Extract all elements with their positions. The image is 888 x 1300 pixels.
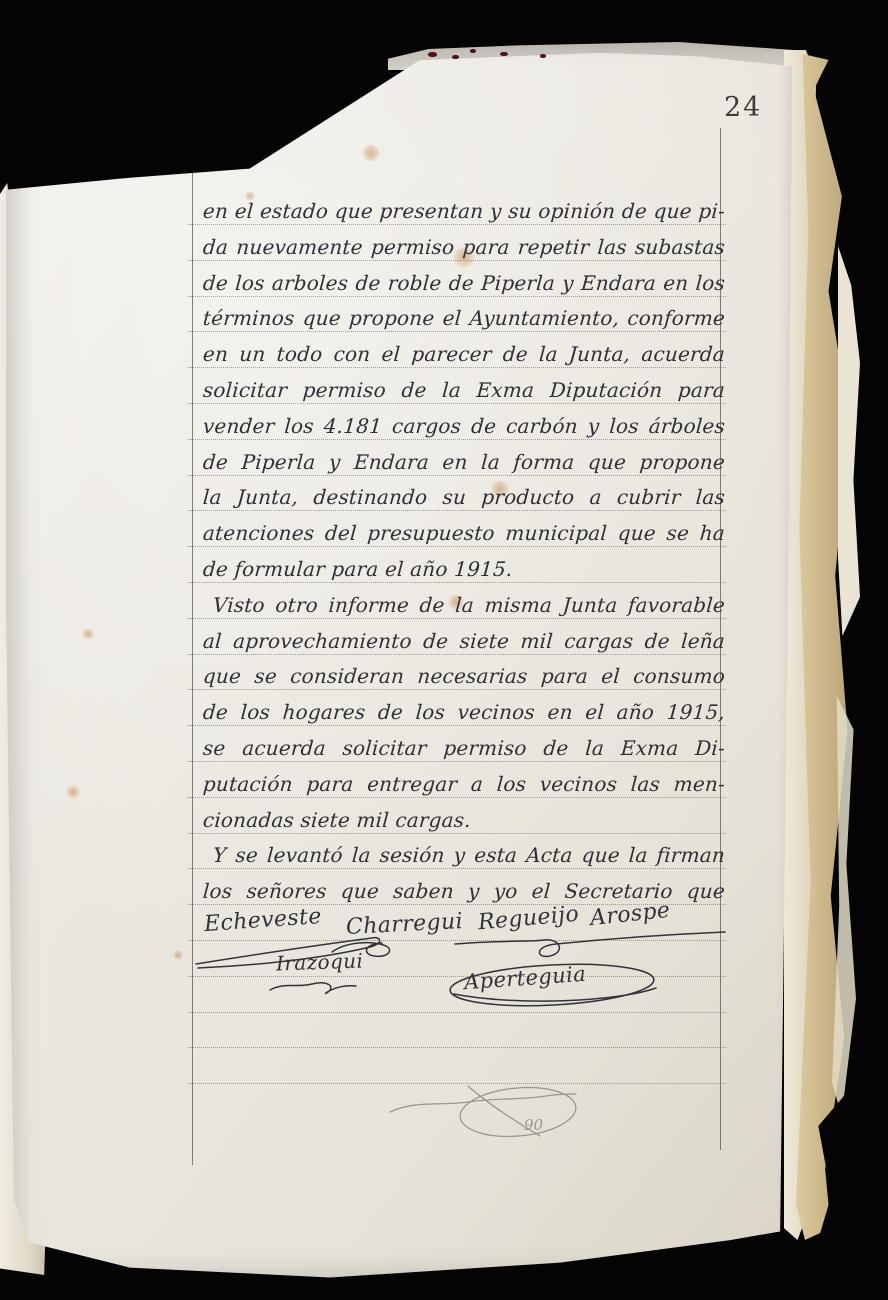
- manuscript-line: de formular para el año 1915.: [202, 555, 726, 584]
- manuscript-line: da nuevamente permiso para repetir las s…: [202, 233, 726, 262]
- manuscript-line: putación para entregar a los vecinos las…: [202, 770, 726, 799]
- manuscript-line: cionadas siete mil cargas.: [202, 806, 726, 835]
- manuscript-page: 24 en el estado que presentan y su opini…: [6, 44, 800, 1290]
- stain: [66, 785, 80, 799]
- binding-speck: [470, 49, 476, 53]
- stain: [173, 950, 183, 960]
- page-edge: [838, 246, 860, 636]
- manuscript-line: de los hogares de los vecinos en el año …: [202, 698, 726, 727]
- pencil-number: 90: [524, 1116, 544, 1134]
- fore-edge-page-stack: [780, 46, 868, 1254]
- scanned-manuscript-photo: 24 en el estado que presentan y su opini…: [0, 0, 888, 1300]
- stain: [82, 628, 94, 640]
- signature-flourishes: [186, 924, 746, 1064]
- manuscript-line: Visto otro informe de la misma Junta fav…: [202, 591, 726, 620]
- manuscript-line: en el estado que presentan y su opinión …: [202, 197, 726, 226]
- manuscript-line: en un todo con el parecer de la Junta, a…: [202, 340, 726, 369]
- manuscript-line: de Piperla y Endara en la forma que prop…: [202, 448, 726, 477]
- manuscript-line: al aprovechamiento de siete mil cargas d…: [202, 627, 726, 656]
- binding-speck: [540, 54, 546, 58]
- manuscript-line: Y se levantó la sesión y esta Acta que l…: [202, 841, 726, 870]
- binding-speck: [428, 52, 437, 57]
- binding-speck: [452, 55, 459, 59]
- manuscript-line: vender los 4.181 cargos de carbón y los …: [202, 412, 726, 441]
- binding-speck: [500, 52, 508, 56]
- manuscript-line: términos que propone el Ayuntamiento, co…: [202, 304, 726, 333]
- page-number: 24: [724, 92, 762, 123]
- pencil-annotation: 90: [376, 1074, 612, 1158]
- manuscript-line: solicitar permiso de la Exma Diputación …: [202, 376, 726, 405]
- manuscript-line: la Junta, destinando su producto a cubri…: [202, 483, 726, 512]
- stain: [362, 144, 380, 162]
- manuscript-line: atenciones del presupuesto municipal que…: [202, 519, 726, 548]
- manuscript-line: que se consideran necesarias para el con…: [202, 662, 726, 691]
- manuscript-line: se acuerda solicitar permiso de la Exma …: [202, 734, 726, 763]
- manuscript-line: de los arboles de roble de Piperla y End…: [202, 269, 726, 298]
